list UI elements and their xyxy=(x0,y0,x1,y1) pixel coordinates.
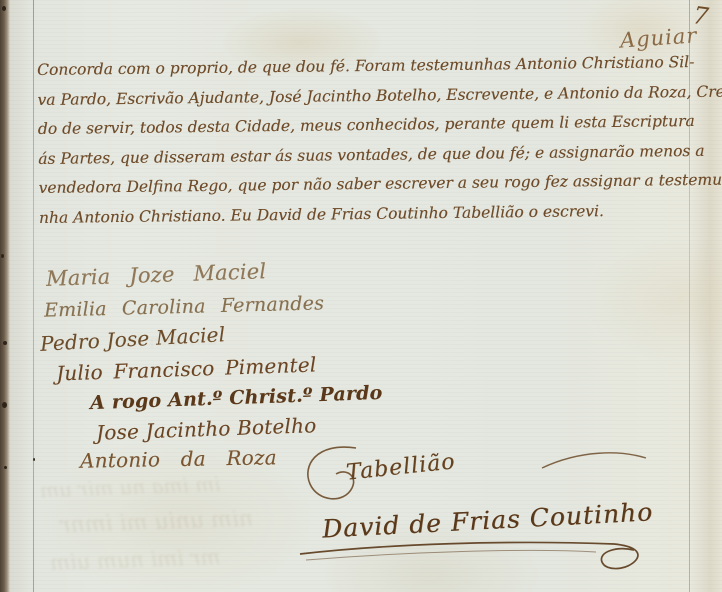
witness-signature: Antonio da Roza xyxy=(80,445,277,472)
left-margin-rule xyxy=(33,0,34,592)
tabelliao-flourish-tail xyxy=(540,448,650,478)
tabelliao-title: Tabellião xyxy=(345,449,457,485)
witness-signature: Jose Jacintho Botelho xyxy=(96,413,317,445)
ink-speck xyxy=(2,402,7,408)
witness-signature: Maria Joze Maciel xyxy=(46,259,267,291)
witness-signature: Julio Francisco Pimentel xyxy=(56,352,317,385)
witness-signature: Emilia Carolina Fernandes xyxy=(44,292,325,321)
manuscript-page-scan: 7 Aguiar Concorda com o proprio, de que … xyxy=(0,0,722,592)
book-binding-edge xyxy=(0,0,10,592)
verso-bleed-through: mr imi num uim xyxy=(50,545,221,575)
ink-speck xyxy=(2,6,6,11)
verso-bleed-through: um nim ini xyxy=(120,328,218,352)
witness-signature-a-rogo: A rogo Ant.º Christ.º Pardo xyxy=(90,382,383,414)
ink-speck xyxy=(1,254,4,258)
notary-signature: David de Frias Coutinho xyxy=(321,497,653,543)
closing-paragraph: Concorda com o proprio, de que dou fé. F… xyxy=(37,48,699,233)
verso-bleed-through: im ima nu mir um xyxy=(40,472,221,502)
ink-speck xyxy=(3,341,7,345)
verso-bleed-through: nim uniu mi imnr xyxy=(60,507,254,539)
ink-speck xyxy=(4,466,7,469)
